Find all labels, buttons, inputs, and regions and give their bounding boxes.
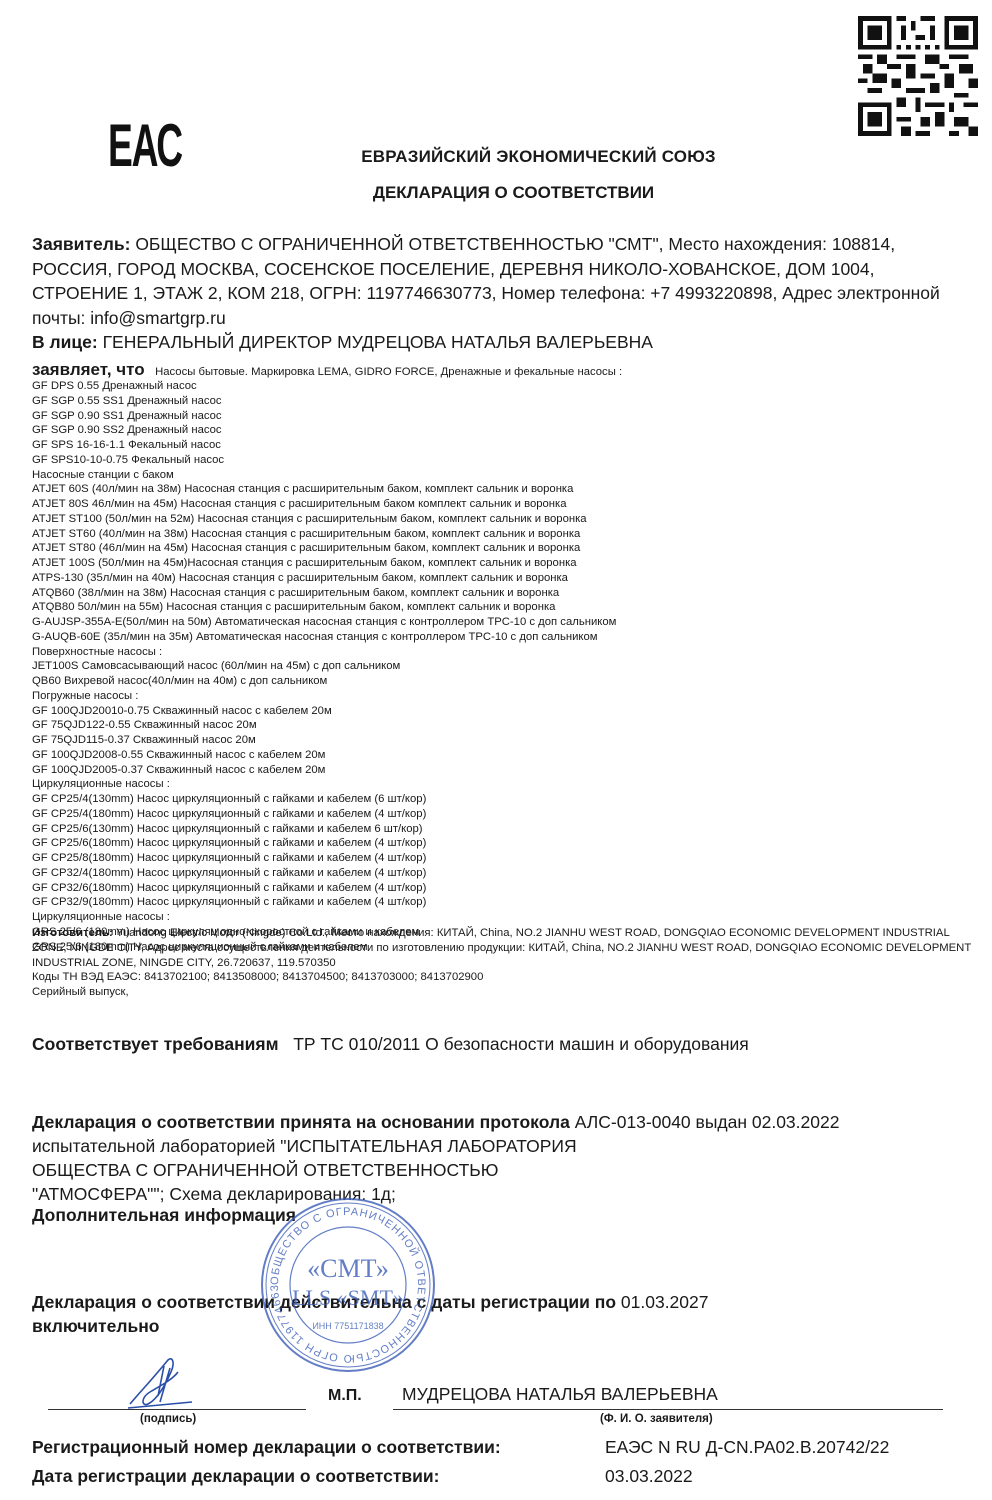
product-item: GF CP25/6(180mm) Насос циркуляционный с … — [32, 836, 972, 851]
serial-production: Серийный выпуск, — [32, 985, 972, 1000]
seal-center-top: «СМТ» — [307, 1254, 389, 1283]
applicant-block: Заявитель: ОБЩЕСТВО С ОГРАНИЧЕННОЙ ОТВЕТ… — [32, 232, 962, 355]
product-item: GF CP32/6(180mm) Насос циркуляционный с … — [32, 881, 972, 896]
product-item: Насосные станции с баком — [32, 468, 972, 483]
product-item: Циркуляционные насосы : — [32, 910, 972, 925]
product-item: ATJET 100S (50л/мин на 45м)Насосная стан… — [32, 556, 972, 571]
registration-number: ЕАЭС N RU Д-CN.PA02.B.20742/22 — [605, 1437, 889, 1458]
product-item: ATJET 60S (40л/мин на 38м) Насосная стан… — [32, 482, 972, 497]
declares-line: заявляет, что Насосы бытовые. Маркировка… — [32, 360, 962, 380]
validity-suffix: включительно — [32, 1316, 159, 1336]
product-list: GF DPS 0.55 Дренажный насосGF SGP 0.55 S… — [32, 379, 972, 954]
registration-number-label: Регистрационный номер декларации о соотв… — [32, 1437, 501, 1458]
declares-label: заявляет, что — [32, 360, 145, 379]
product-item: ATJET ST100 (50л/мин на 52м) Насосная ст… — [32, 512, 972, 527]
hs-codes: Коды ТН ВЭД ЕАЭС: 8413702100; 8413508000… — [32, 970, 972, 985]
basis-lab-line2: ОБЩЕСТВА С ОГРАНИЧЕННОЙ ОТВЕТСТВЕННОСТЬЮ — [32, 1160, 498, 1180]
additional-info-label: Дополнительная информация — [32, 1205, 296, 1226]
registration-date: 03.03.2022 — [605, 1466, 693, 1487]
product-item: GF 100QJD2008-0.55 Скважинный насос с ка… — [32, 748, 972, 763]
product-item: GF CP25/4(130mm) Насос циркуляционный с … — [32, 792, 972, 807]
product-item: Поверхностные насосы : — [32, 645, 972, 660]
declares-intro: Насосы бытовые. Маркировка LEMA, GIDRO F… — [155, 366, 622, 378]
product-item: GF CP32/4(180mm) Насос циркуляционный с … — [32, 866, 972, 881]
product-item: GF 75QJD122-0.55 Скважинный насос 20м — [32, 718, 972, 733]
basis-block: Декларация о соответствии принята на осн… — [32, 1110, 972, 1206]
manufacturer-text: Yuandong Electric Motor (Ningde) Co.Ltd.… — [32, 927, 971, 969]
product-item: Погружные насосы : — [32, 689, 972, 704]
product-item: GF SGP 0.55 SS1 Дренажный насос — [32, 394, 972, 409]
conformity-label: Соответствует требованиям — [32, 1034, 279, 1054]
qr-code-icon — [858, 16, 978, 136]
product-item: GF SPS10-10-0.75 Фекальный насос — [32, 453, 972, 468]
manufacturer-block: Изготовитель: Yuandong Electric Motor (N… — [32, 926, 972, 1000]
company-seal-icon: ОБЩЕСТВО С ОГРАНИЧЕННОЙ ОТВЕТСТВЕННОСТЬЮ… — [258, 1195, 438, 1375]
conformity-line: Соответствует требованиям ТР ТС 010/2011… — [32, 1034, 749, 1055]
signature-icon — [120, 1352, 200, 1412]
product-item: G-AUQB-60E (35л/мин на 35м) Автоматическ… — [32, 630, 972, 645]
document-title: ДЕКЛАРАЦИЯ О СООТВЕТСТВИИ — [0, 183, 992, 203]
product-item: ATPS-130 (35л/мин на 40м) Насосная станц… — [32, 571, 972, 586]
product-item: GF 100QJD2005-0.37 Скважинный насос с ка… — [32, 763, 972, 778]
product-item: ATJET ST60 (40л/мин на 38м) Насосная ста… — [32, 527, 972, 542]
product-item: ATJET 80S 46л/мин на 45м) Насосная станц… — [32, 497, 972, 512]
product-item: GF 100QJD20010-0.75 Скважинный насос с к… — [32, 704, 972, 719]
product-item: Циркуляционные насосы : — [32, 777, 972, 792]
signature-caption: (подпись) — [140, 1413, 196, 1425]
fio-caption: (Ф. И. О. заявителя) — [600, 1413, 713, 1425]
product-item: GF CP25/4(180mm) Насос циркуляционный с … — [32, 807, 972, 822]
product-item: GF CP32/9(180mm) Насос циркуляционный с … — [32, 895, 972, 910]
person-text: ГЕНЕРАЛЬНЫЙ ДИРЕКТОР МУДРЕЦОВА НАТАЛЬЯ В… — [103, 332, 653, 352]
fio-line — [393, 1409, 943, 1410]
product-item: G-AUJSP-355A-E(50л/мин на 50м) Автоматич… — [32, 615, 972, 630]
basis-label: Декларация о соответствии принята на осн… — [32, 1112, 570, 1132]
product-item: GF CP25/6(130mm) Насос циркуляционный с … — [32, 822, 972, 837]
validity-date: 01.03.2027 — [621, 1292, 709, 1312]
eac-mark-icon: ЕАС — [108, 112, 158, 180]
signatory-name: МУДРЕЦОВА НАТАЛЬЯ ВАЛЕРЬЕВНА — [402, 1384, 718, 1405]
product-item: GF DPS 0.55 Дренажный насос — [32, 379, 972, 394]
product-item: GF SPS 16-16-1.1 Фекальный насос — [32, 438, 972, 453]
person-label: В лице: — [32, 332, 98, 352]
product-item: ATQB60 (38л/мин на 38м) Насосная станция… — [32, 586, 972, 601]
product-item: ATJET ST80 (46л/мин на 45м) Насосная ста… — [32, 541, 972, 556]
product-item: GF 75QJD115-0.37 Скважинный насос 20м — [32, 733, 972, 748]
seal-inn: ИНН 7751171838 — [312, 1321, 383, 1331]
product-item: GF SGP 0.90 SS1 Дренажный насос — [32, 409, 972, 424]
signature-line — [48, 1409, 306, 1410]
conformity-text: ТР ТС 010/2011 О безопасности машин и об… — [293, 1034, 749, 1054]
basis-lab-line1: испытательной лабораторией "ИСПЫТАТЕЛЬНА… — [32, 1136, 577, 1156]
product-item: GF SGP 0.90 SS2 Дренажный насос — [32, 423, 972, 438]
seal-place-label: М.П. — [328, 1387, 362, 1405]
product-item: JET100S Самовсасывающий насос (60л/мин н… — [32, 659, 972, 674]
product-item: QB60 Вихревой насос(40л/мин на 40м) с до… — [32, 674, 972, 689]
product-item: ATQB80 50л/мин на 55м) Насосная станция … — [32, 600, 972, 615]
applicant-label: Заявитель: — [32, 234, 130, 254]
basis-protocol: АЛС-013-0040 выдан 02.03.2022 — [575, 1112, 840, 1132]
manufacturer-label: Изготовитель: — [32, 927, 113, 939]
applicant-text: ОБЩЕСТВО С ОГРАНИЧЕННОЙ ОТВЕТСТВЕННОСТЬЮ… — [32, 234, 940, 328]
seal-center-bottom: LLS «SMT» — [292, 1285, 404, 1310]
union-title: ЕВРАЗИЙСКИЙ ЭКОНОМИЧЕСКИЙ СОЮЗ — [0, 147, 992, 167]
validity-block: Декларация о соответствии действительна … — [32, 1290, 932, 1338]
product-item: GF CP25/8(180mm) Насос циркуляционный с … — [32, 851, 972, 866]
registration-date-label: Дата регистрации декларации о соответств… — [32, 1466, 440, 1487]
